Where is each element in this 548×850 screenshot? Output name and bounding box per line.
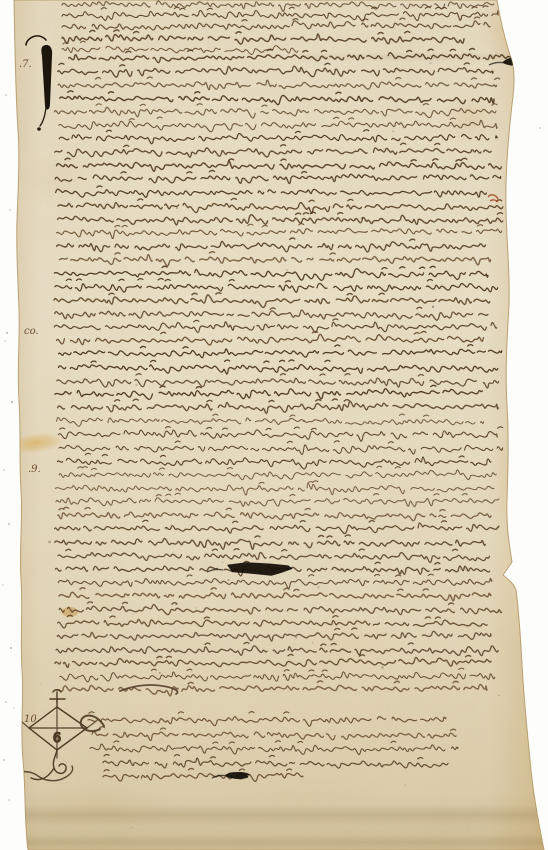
fly-speck (361, 217, 363, 219)
fly-speck (176, 207, 178, 209)
stain (494, 410, 546, 530)
fly-speck (317, 586, 319, 588)
fly-speck (221, 374, 222, 375)
fly-speck (299, 467, 301, 469)
fly-speck (135, 384, 137, 386)
fly-speck (48, 541, 51, 544)
fly-speck (295, 637, 297, 639)
fly-speck (159, 672, 161, 674)
fold-crease (14, 804, 548, 826)
fly-speck (166, 528, 168, 530)
fly-speck (303, 420, 306, 423)
fly-speck (486, 436, 487, 437)
fly-speck (56, 700, 58, 702)
fly-speck (250, 640, 252, 642)
mark-co: co. (24, 326, 39, 337)
fold-crease (14, 834, 548, 850)
fly-speck (227, 579, 229, 581)
manuscript-canvas: 6 .7.co..9.10. (0, 0, 548, 850)
fly-speck (40, 683, 41, 684)
fly-speck (454, 166, 456, 168)
mark-9: .9. (28, 464, 41, 475)
fly-speck (312, 642, 314, 644)
fly-speck (405, 784, 406, 785)
fly-speck (112, 404, 114, 406)
mark-10: 10. (24, 714, 40, 725)
fly-speck (222, 561, 224, 563)
fly-speck (175, 603, 177, 605)
fly-speck (195, 607, 196, 608)
fly-speck (499, 695, 500, 696)
fly-speck (131, 826, 133, 828)
fly-speck (381, 666, 384, 669)
fly-speck (432, 306, 434, 308)
fly-speck (286, 269, 288, 271)
notary-digit: 6 (53, 731, 61, 746)
manuscript-scan: 6 .7.co..9.10. (0, 0, 548, 850)
mark-7: .7. (19, 59, 32, 70)
fly-speck (429, 62, 431, 64)
fly-speck (392, 130, 394, 132)
